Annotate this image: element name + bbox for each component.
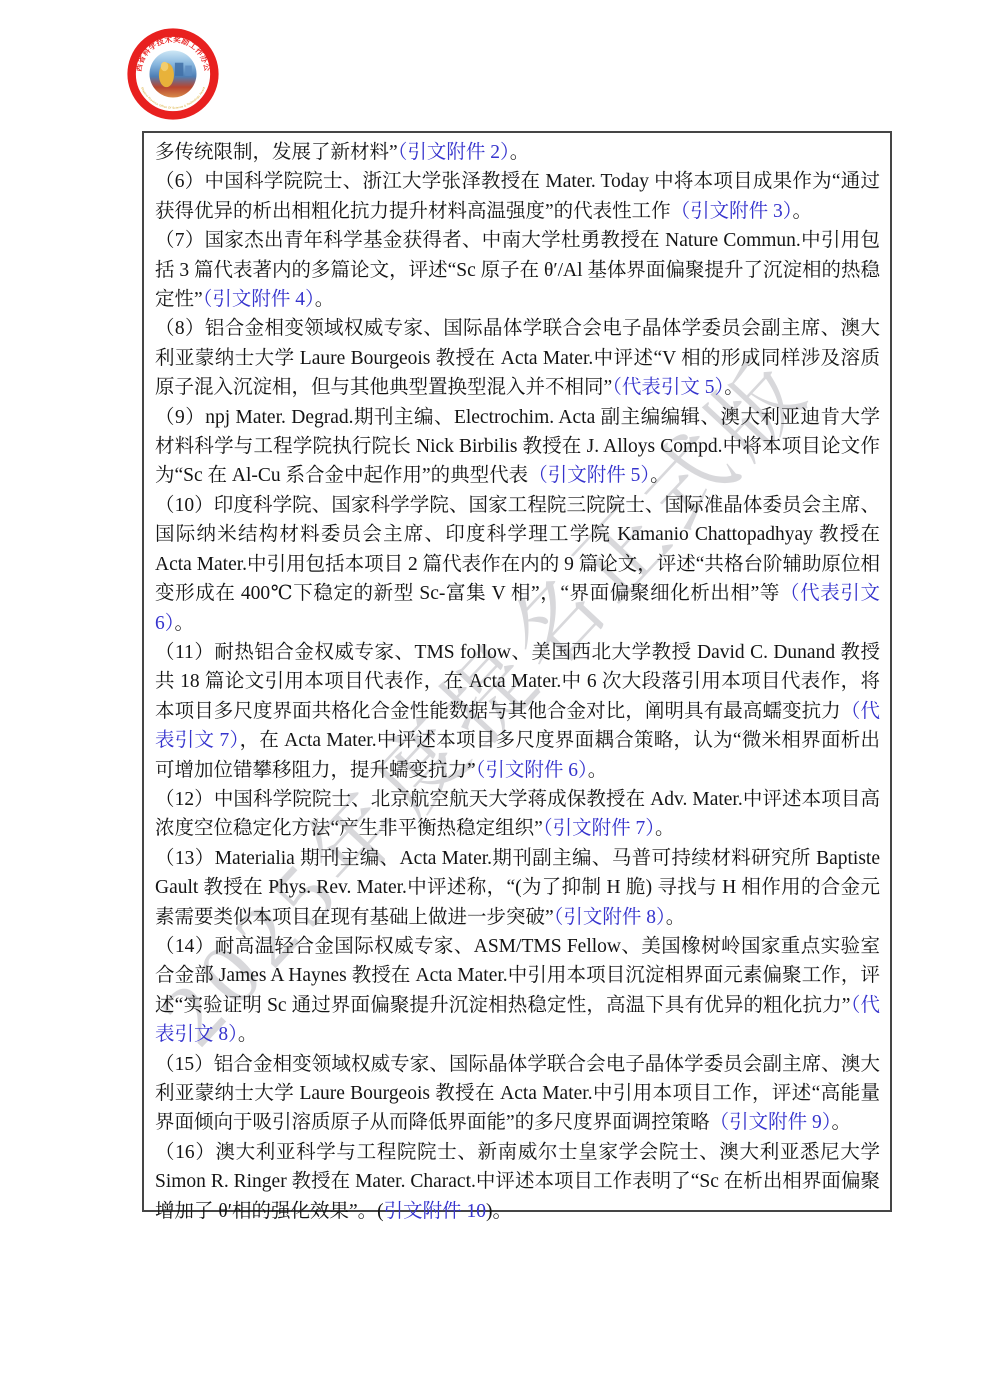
- body-text: （10）印度科学院、国家科学学院、国家工程院三院院士、国际准晶体委员会主席、国际…: [155, 495, 880, 604]
- body-text: 。: [650, 465, 670, 486]
- body-text: 。: [793, 201, 813, 222]
- paragraph: （13）Materialia 期刊主编、Acta Mater.期刊副主编、马普可…: [155, 844, 880, 932]
- body-text: 。: [588, 760, 608, 781]
- body-text: （12）中国科学院院士、北京航空航天大学蒋成保教授在 Adv. Mater.中评…: [155, 789, 880, 839]
- body-text: 。: [655, 818, 675, 839]
- citation-ref: （引文附件 4）: [203, 289, 315, 310]
- paragraph: （8）铝合金相变领域权威专家、国际晶体学联合会电子晶体学委员会副主席、澳大利亚蒙…: [155, 314, 880, 402]
- document-page: 陕西省科学技术奖励工作办公室 Shaanxi Province Office O…: [0, 0, 990, 1399]
- body-text: 。: [510, 142, 530, 163]
- paragraph: （11）耐热铝合金权威专家、TMS follow、美国西北大学教授 David …: [155, 638, 880, 785]
- award-office-seal: 陕西省科学技术奖励工作办公室 Shaanxi Province Office O…: [126, 27, 220, 121]
- paragraph: （15）铝合金相变领域权威专家、国际晶体学联合会电子晶体学委员会副主席、澳大利亚…: [155, 1050, 880, 1138]
- body-text: （9）npj Mater. Degrad.期刊主编、Electrochim. A…: [155, 407, 880, 487]
- citation-ref: （引文附件 7）: [543, 818, 655, 839]
- citation-ref: （引文附件 6）: [476, 760, 588, 781]
- paragraph: （16）澳大利亚科学与工程院院士、新南威尔士皇家学会院士、澳大利亚悉尼大学 Si…: [155, 1138, 880, 1226]
- body-text: （11）耐热铝合金权威专家、TMS follow、美国西北大学教授 David …: [155, 642, 880, 722]
- citation-ref: （引文附件 8）: [554, 907, 666, 928]
- paragraph: （14）耐高温轻合金国际权威专家、ASM/TMS Fellow、美国橡树岭国家重…: [155, 932, 880, 1050]
- body-text: （16）澳大利亚科学与工程院院士、新南威尔士皇家学会院士、澳大利亚悉尼大学 Si…: [155, 1142, 880, 1222]
- body-text: （14）耐高温轻合金国际权威专家、ASM/TMS Fellow、美国橡树岭国家重…: [155, 936, 880, 1016]
- body-text: （13）Materialia 期刊主编、Acta Mater.期刊副主编、马普可…: [155, 848, 880, 928]
- body-text: 。: [315, 289, 335, 310]
- body-text: 。: [832, 1112, 852, 1133]
- body-text: 。: [666, 907, 686, 928]
- body-text: （8）铝合金相变领域权威专家、国际晶体学联合会电子晶体学委员会副主席、澳大利亚蒙…: [155, 318, 880, 398]
- paragraph: （7）国家杰出青年科学基金获得者、中南大学杜勇教授在 Nature Commun…: [155, 226, 880, 314]
- paragraph: （9）npj Mater. Degrad.期刊主编、Electrochim. A…: [155, 403, 880, 491]
- body-text: 。: [238, 1024, 258, 1045]
- citation-ref: （代表引文 5）: [612, 377, 724, 398]
- paragraph: （12）中国科学院院士、北京航空航天大学蒋成保教授在 Adv. Mater.中评…: [155, 785, 880, 844]
- citation-ref: （引文附件 2）: [398, 142, 510, 163]
- citation-ref: （引文附件 3）: [671, 201, 793, 222]
- paragraph: （6）中国科学院院士、浙江大学张泽教授在 Mater. Today 中将本项目成…: [155, 167, 880, 226]
- citation-ref: 引文附件 10: [384, 1201, 486, 1222]
- citation-ref: （引文附件 9）: [710, 1112, 832, 1133]
- body-text: 。: [724, 377, 744, 398]
- body-text: 多传统限制，发展了新材料”: [155, 142, 398, 163]
- body-text: 。: [175, 613, 195, 634]
- paragraph: （10）印度科学院、国家科学学院、国家工程院三院院士、国际准晶体委员会主席、国际…: [155, 491, 880, 638]
- paragraph: 多传统限制，发展了新材料”（引文附件 2）。: [155, 138, 880, 167]
- body-text: )。: [486, 1201, 512, 1222]
- document-body: 多传统限制，发展了新材料”（引文附件 2）。（6）中国科学院院士、浙江大学张泽教…: [142, 131, 892, 1212]
- citation-ref: （引文附件 5）: [528, 465, 650, 486]
